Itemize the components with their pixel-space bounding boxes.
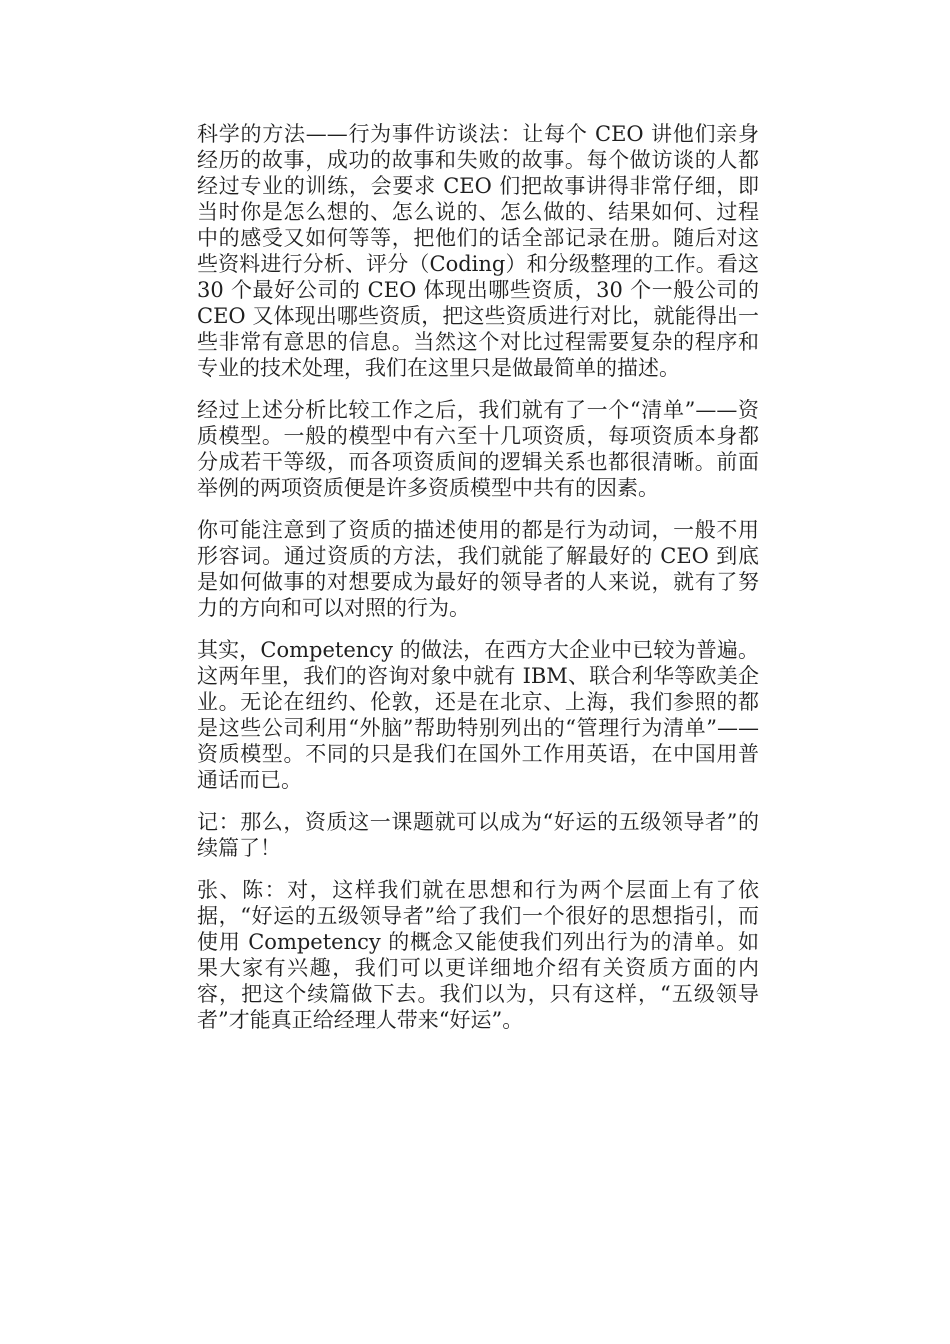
paragraph-western-enterprises: 其实，Competency 的做法，在西方大企业中已较为普遍。这两年里，我们的咨… xyxy=(197,637,759,793)
paragraph-reporter-question: 记：那么，资质这一课题就可以成为“好运的五级领导者”的续篇了！ xyxy=(197,809,759,861)
document-body: 科学的方法——行为事件访谈法：让每个 CEO 讲他们亲身经历的故事，成功的故事和… xyxy=(197,121,759,1033)
paragraph-behavior-verbs: 你可能注意到了资质的描述使用的都是行为动词，一般不用形容词。通过资质的方法，我们… xyxy=(197,517,759,621)
document-page: 科学的方法——行为事件访谈法：让每个 CEO 讲他们亲身经历的故事，成功的故事和… xyxy=(0,0,950,1344)
paragraph-method-description: 科学的方法——行为事件访谈法：让每个 CEO 讲他们亲身经历的故事，成功的故事和… xyxy=(197,121,759,381)
paragraph-competency-model: 经过上述分析比较工作之后，我们就有了一个“清单”——资质模型。一般的模型中有六至… xyxy=(197,397,759,501)
paragraph-zhang-chen-answer: 张、陈：对，这样我们就在思想和行为两个层面上有了依据，“好运的五级领导者”给了我… xyxy=(197,877,759,1033)
